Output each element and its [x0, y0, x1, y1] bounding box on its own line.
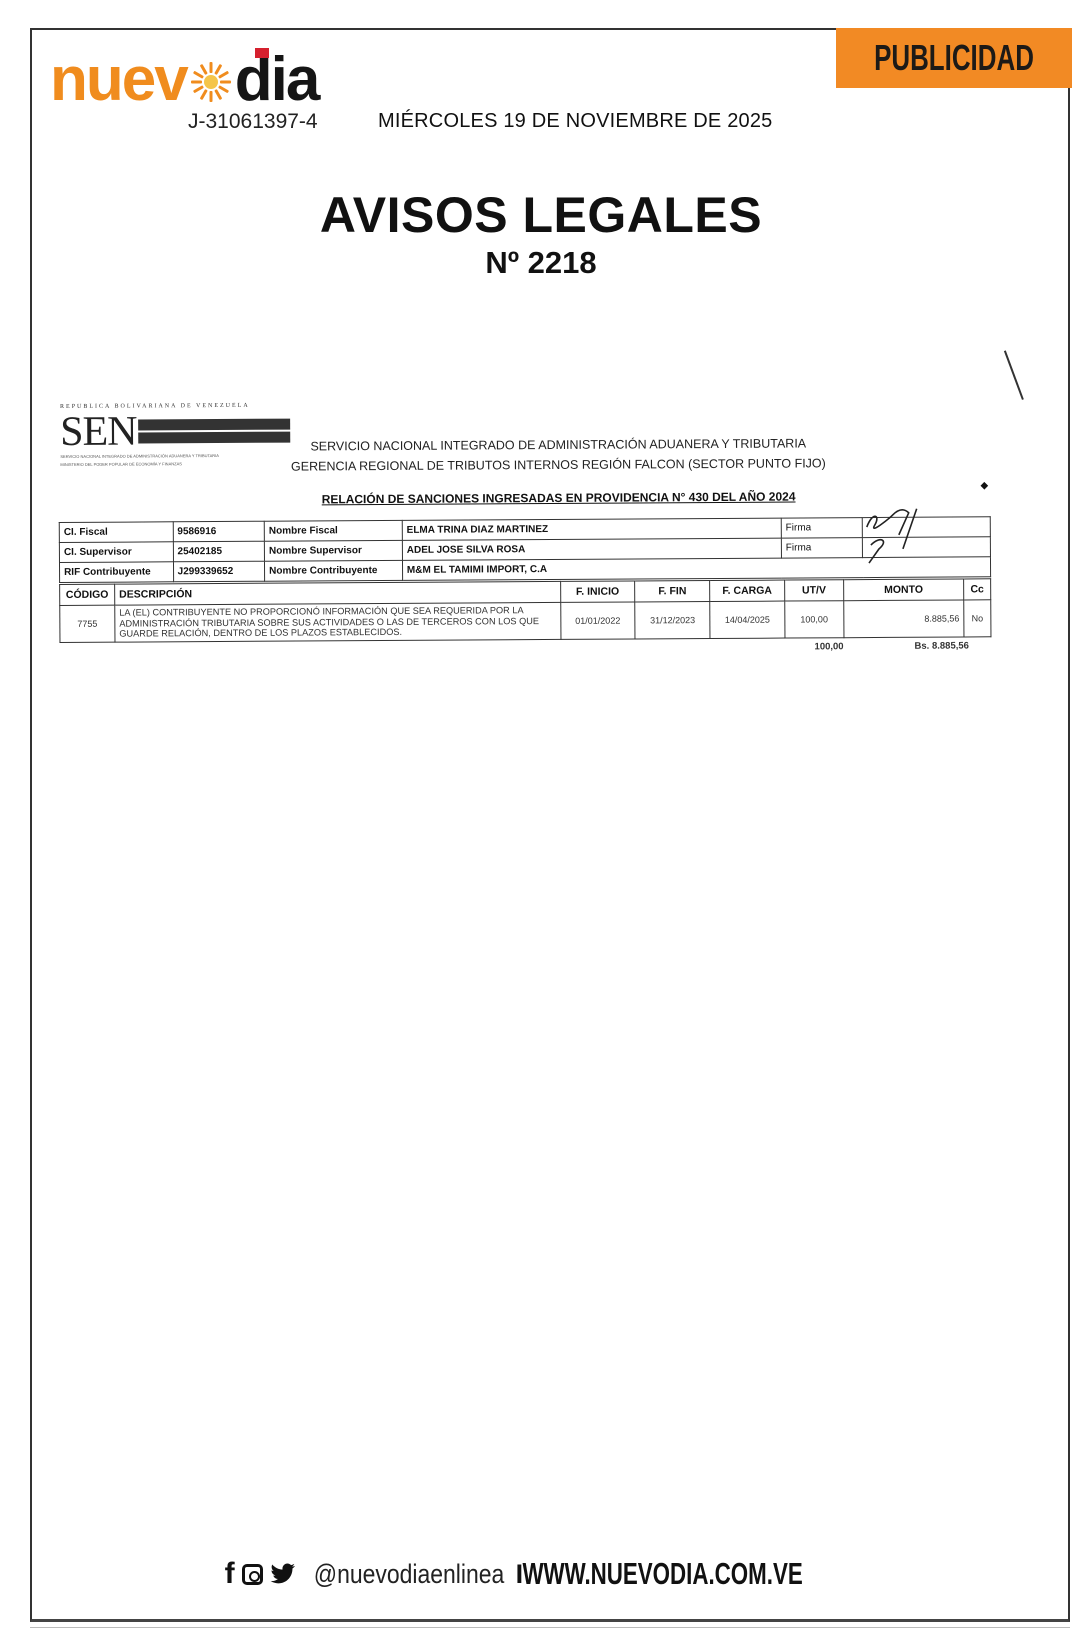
newspaper-logo: nuev dia: [50, 46, 318, 106]
publication-date: MIÉRCOLES 19 DE NOVIEMBRE DE 2025: [378, 110, 773, 133]
agency-line-2: GERENCIA REGIONAL DE TRIBUTOS INTERNOS R…: [288, 453, 828, 476]
agency-header: SERVICIO NACIONAL INTEGRADO DE ADMINISTR…: [288, 433, 828, 476]
website-link[interactable]: WWW.NUEVODIA.COM.VE: [523, 1556, 803, 1592]
seniat-logo: REPUBLICA BOLIVARIANA DE VENEZUELA SEN S…: [60, 403, 290, 468]
instagram-icon[interactable]: [242, 1564, 263, 1585]
footer: f @nuevodiaenlinea I WWW.NUEVODIA.COM.VE: [0, 1556, 1082, 1592]
issue-number: Nº 2218: [0, 245, 1082, 281]
company-rif: J-31061397-4: [188, 110, 318, 134]
section-badge-label: PUBLICIDAD: [874, 37, 1034, 79]
twitter-icon[interactable]: [270, 1563, 296, 1585]
sun-icon: [189, 60, 233, 104]
section-badge: PUBLICIDAD: [836, 28, 1072, 88]
total-amount: Bs. 8.885,56: [914, 640, 968, 651]
social-handle[interactable]: @nuevodiaenlinea: [313, 1559, 503, 1590]
total-utv: 100,00: [814, 641, 843, 652]
bottom-rule: [30, 1627, 1070, 1628]
logo-accent-mark: [255, 48, 269, 58]
facebook-icon[interactable]: f: [225, 1559, 235, 1589]
signature-icon: [859, 505, 929, 565]
scan-mark: ◆: [981, 480, 989, 491]
officials-table: CI. Fiscal 9586916 Nombre Fiscal ELMA TR…: [59, 516, 991, 583]
table-row: 7755 LA (EL) CONTRIBUYENTE NO PROPORCION…: [60, 600, 991, 642]
logo-text-left: nuev: [50, 54, 187, 106]
logo-text-right: dia: [235, 54, 319, 106]
page-title: AVISOS LEGALES: [0, 186, 1082, 244]
seniat-logo-text: SEN: [60, 412, 137, 452]
sanctions-table: CÓDIGO DESCRIPCIÓN F. INICIO F. FIN F. C…: [59, 578, 991, 642]
